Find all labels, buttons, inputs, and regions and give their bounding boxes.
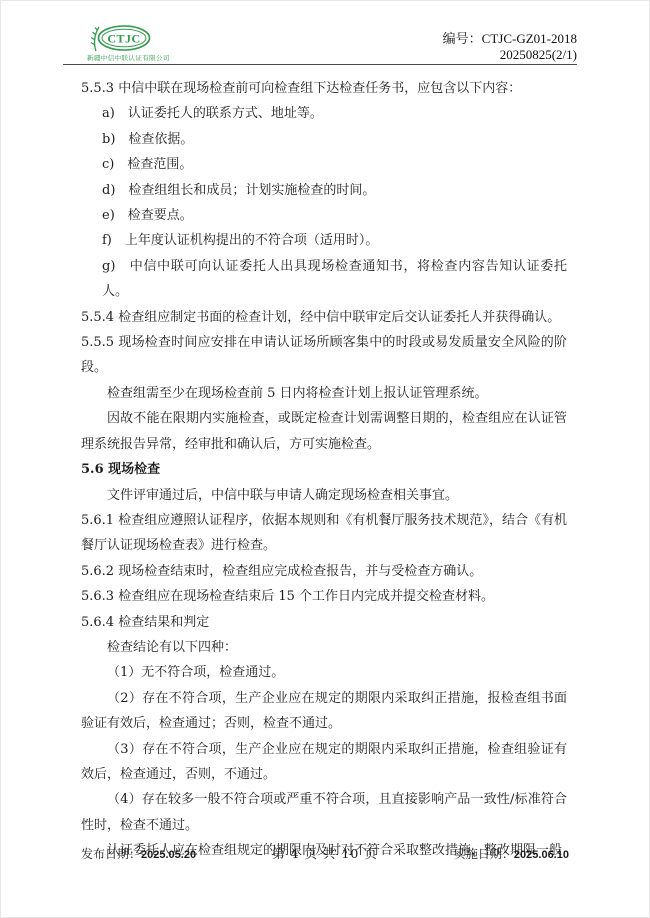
implementation-date: 实施日期：2025.06.10 [454,845,569,862]
paragraph-13: 5.6 现场检查 [81,457,567,482]
paragraph-10: 5.5.5 现场检查时间应安排在申请认证场所顾客集中的时段或易发质量安全风险的阶… [81,330,567,381]
paragraph-18: 5.6.4 检查结果和判定 [81,610,567,635]
release-date-value: 2025.05.20 [141,849,196,861]
document-header: CTJC 新疆中信中联认证有限公司 编号：CTJC-GZ01-2018 2025… [63,1,577,65]
paragraph-11: 检查组需至少在现场检查前 5 日内将检查计划上报认证管理系统。 [81,381,567,406]
paragraph-17: 5.6.3 检查组应在现场检查结束后 15 个工作日内完成并提交检查材料。 [81,584,567,609]
paragraph-12: 因故不能在限期内实施检查，或既定检查计划需调整日期的，检查组应在认证管理系统报告… [81,406,567,457]
paragraph-19: 检查结论有以下四种： [81,635,567,660]
paragraph-8: g) 中信中联可向认证委托人出具现场检查通知书，将检查内容告知认证委托人。 [81,254,567,305]
doc-number-line1: 编号：CTJC-GZ01-2018 [443,31,577,47]
ctjc-logo-icon: CTJC [87,25,151,52]
document-footer: 发布日期：2025.05.20 第 4 页 共 10 页 实施日期：2025.0… [81,844,569,862]
paragraph-22: （3）存在不符合项，生产企业应在规定的期限内采取纠正措施，检查组验证有效后，检查… [81,737,567,788]
implementation-date-label: 实施日期： [454,847,514,861]
paragraph-15: 5.6.1 检查组应遵照认证程序，依据本规则和《有机餐厅服务技术规范》，结合《有… [81,508,567,559]
paragraph-3: b) 检查依据。 [81,127,567,152]
doc-number-line2: 20250825(2/1) [443,47,577,63]
company-name: 新疆中信中联认证有限公司 [87,53,170,62]
doc-number: 编号：CTJC-GZ01-2018 20250825(2/1) [443,31,577,62]
release-date-label: 发布日期： [81,847,141,861]
paragraph-9: 5.5.4 检查组应制定书面的检查计划，经中信中联审定后交认证委托人并获得确认。 [81,305,567,330]
paragraph-4: c) 检查范围。 [81,152,567,177]
page-indicator: 第 4 页 共 10 页 [272,844,378,862]
document-page: CTJC 新疆中信中联认证有限公司 编号：CTJC-GZ01-2018 2025… [0,0,650,918]
paragraph-16: 5.6.2 现场检查结束时，检查组应完成检查报告，并与受检查方确认。 [81,559,567,584]
logo-letters: CTJC [107,32,140,46]
document-body: 5.5.3 中信中联在现场检查前可向检查组下达检查任务书，应包含以下内容：a) … [81,65,567,864]
paragraph-23: （4）存在较多一般不符合项或严重不符合项，且直接影响产品一致性/标准符合性时，检… [81,787,567,838]
paragraph-20: （1）无不符合项，检查通过。 [81,660,567,685]
paragraph-1: 5.5.3 中信中联在现场检查前可向检查组下达检查任务书，应包含以下内容： [81,76,567,101]
paragraph-6: e) 检查要点。 [81,203,567,228]
paragraph-21: （2）存在不符合项，生产企业应在规定的期限内采取纠正措施，报检查组书面验证有效后… [81,686,567,737]
logo-block: CTJC 新疆中信中联认证有限公司 [63,25,170,62]
paragraph-7: f) 上年度认证机构提出的不符合项（适用时）。 [81,228,567,253]
implementation-date-value: 2025.06.10 [514,849,569,861]
release-date: 发布日期：2025.05.20 [81,845,196,862]
paragraph-5: d) 检查组组长和成员；计划实施检查的时间。 [81,178,567,203]
paragraph-14: 文件评审通过后，中信中联与申请人确定现场检查相关事宜。 [81,483,567,508]
paragraph-2: a) 认证委托人的联系方式、地址等。 [81,101,567,126]
